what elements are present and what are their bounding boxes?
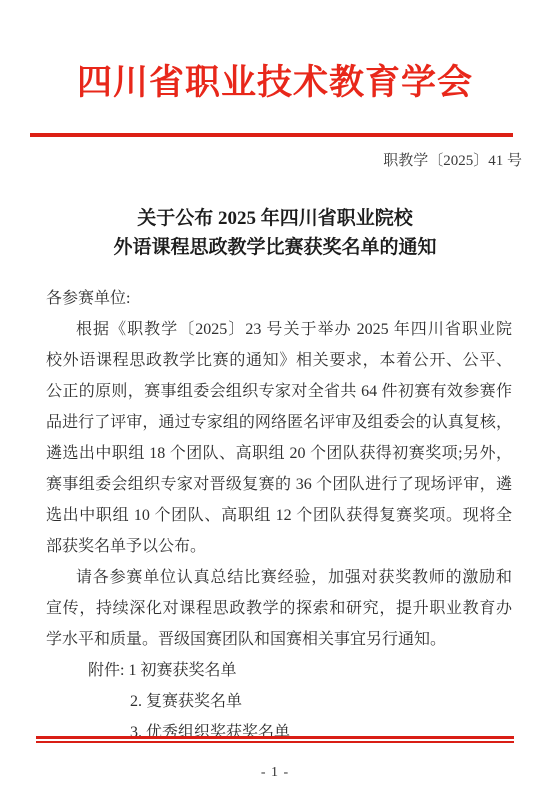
body-line: 部获奖名单予以公布。 xyxy=(46,531,512,562)
doc-number: 职教学〔2025〕41 号 xyxy=(383,149,522,170)
doc-title-line-2: 外语课程思政教学比赛获奖名单的通知 xyxy=(0,233,550,262)
body-line: 附件: 1 初赛获奖名单 xyxy=(46,655,512,686)
body-line: 3. 优秀组织奖获奖名单 xyxy=(46,717,512,748)
red-divider-line xyxy=(30,133,513,137)
body-line: 学水平和质量。晋级国赛团队和国赛相关事宜另行通知。 xyxy=(46,624,512,655)
doc-title-line-1: 关于公布 2025 年四川省职业院校 xyxy=(0,204,550,233)
body-line: 各参赛单位: xyxy=(46,283,512,314)
footer-line-thin xyxy=(36,741,514,743)
body-line: 2. 复赛获奖名单 xyxy=(46,686,512,717)
doc-title: 关于公布 2025 年四川省职业院校 外语课程思政教学比赛获奖名单的通知 xyxy=(0,204,550,262)
org-title: 四川省职业技术教育学会 xyxy=(0,55,550,105)
document-page: 四川省职业技术教育学会 职教学〔2025〕41 号 关于公布 2025 年四川省… xyxy=(0,0,550,796)
document-body: 各参赛单位:根据《职教学〔2025〕23 号关于举办 2025 年四川省职业院校… xyxy=(46,283,512,748)
body-line: 品进行了评审，通过专家组的网络匿名评审及组委会的认真复核， xyxy=(46,407,512,438)
body-line: 公正的原则，赛事组委会组织专家对全省共 64 件初赛有效参赛作 xyxy=(46,376,512,407)
body-line: 选出中职组 10 个团队、高职组 12 个团队获得复赛奖项。现将全 xyxy=(46,500,512,531)
body-line: 宣传，持续深化对课程思政教学的探索和研究，提升职业教育办 xyxy=(46,593,512,624)
body-line: 校外语课程思政教学比赛的通知》相关要求，本着公开、公平、 xyxy=(46,345,512,376)
body-line: 遴选出中职组 18 个团队、高职组 20 个团队获得初赛奖项;另外， xyxy=(46,438,512,469)
body-line: 请各参赛单位认真总结比赛经验，加强对获奖教师的激励和 xyxy=(46,562,512,593)
body-line: 赛事组委会组织专家对晋级复赛的 36 个团队进行了现场评审，遴 xyxy=(46,469,512,500)
footer-double-line xyxy=(36,736,514,743)
body-line: 根据《职教学〔2025〕23 号关于举办 2025 年四川省职业院 xyxy=(46,314,512,345)
page-number: - 1 - xyxy=(0,765,550,781)
